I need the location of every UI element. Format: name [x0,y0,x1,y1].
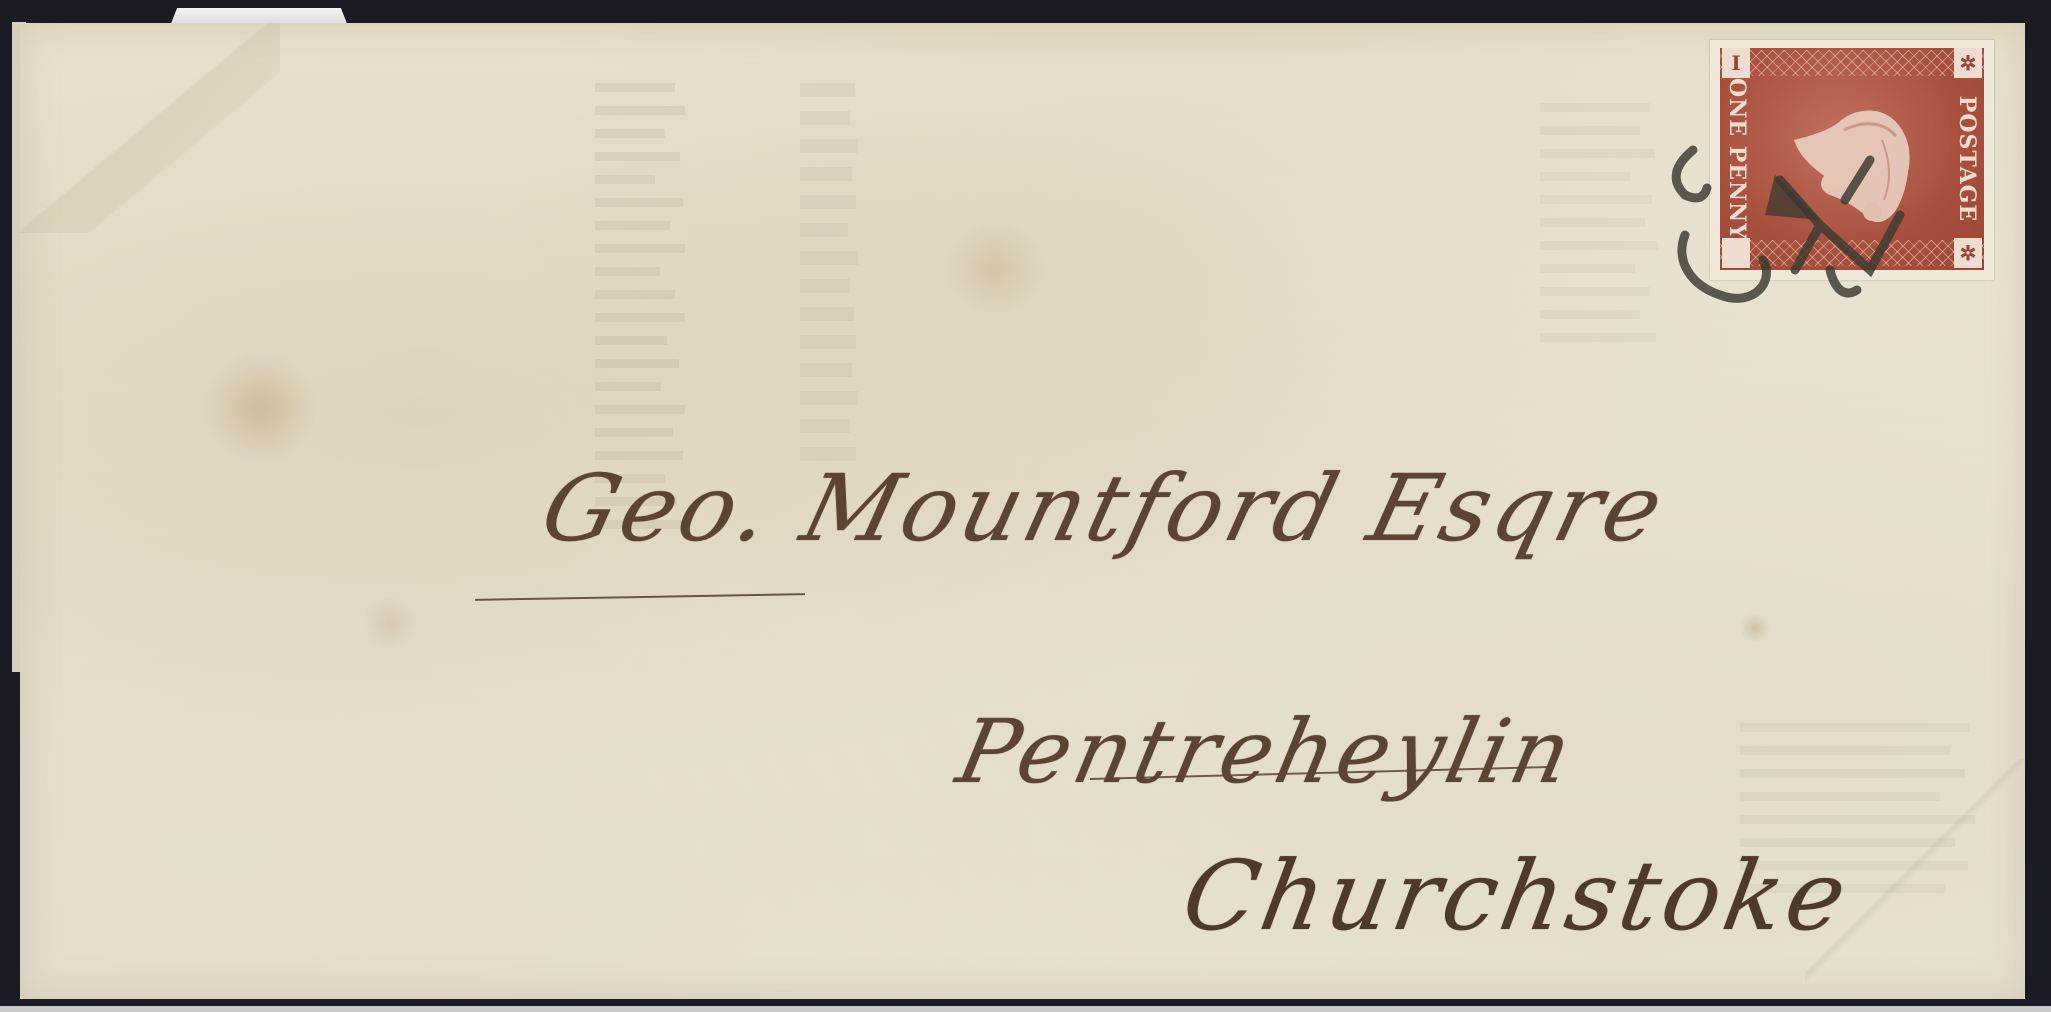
fold-crease-top-left [20,23,280,233]
foxing-stain [200,353,320,463]
stamp-postage-panel: POSTAGE [1952,90,1982,228]
show-through-print [1540,103,1660,356]
queen-portrait-icon [1784,100,1924,230]
stamp-corner-star-bottom-right: ✲ [1954,238,1982,268]
stamp-bottom-lattice [1720,240,1984,266]
penny-stamp: I ✲ ✲ ONE PENNY POSTAGE [1710,40,1994,280]
stamp-corner-letter-top-left: I [1722,48,1750,78]
address-recipient-name: Geo. Mountford Esqre [532,455,1677,562]
foxing-stain [360,598,420,648]
scan-background: I ✲ ✲ ONE PENNY POSTAGE [0,0,2051,1012]
address-town: Churchstoke [1175,840,1858,952]
stamp-design: I ✲ ✲ ONE PENNY POSTAGE [1720,48,1984,270]
foxing-stain [940,223,1050,313]
show-through-print [800,83,860,475]
scan-bottom-edge [0,1006,2051,1012]
stamp-value-panel: ONE PENNY [1722,90,1752,228]
stamp-denomination-text: ONE PENNY [1724,78,1750,240]
stamp-corner-star-top-right: ✲ [1954,48,1982,78]
stamp-postage-text: POSTAGE [1954,96,1980,222]
stamp-top-lattice [1720,50,1984,76]
address-locality: Pentreheylin [949,700,1584,803]
stamp-corner-letter-bottom-left [1722,238,1750,268]
foxing-stain [1740,613,1770,643]
